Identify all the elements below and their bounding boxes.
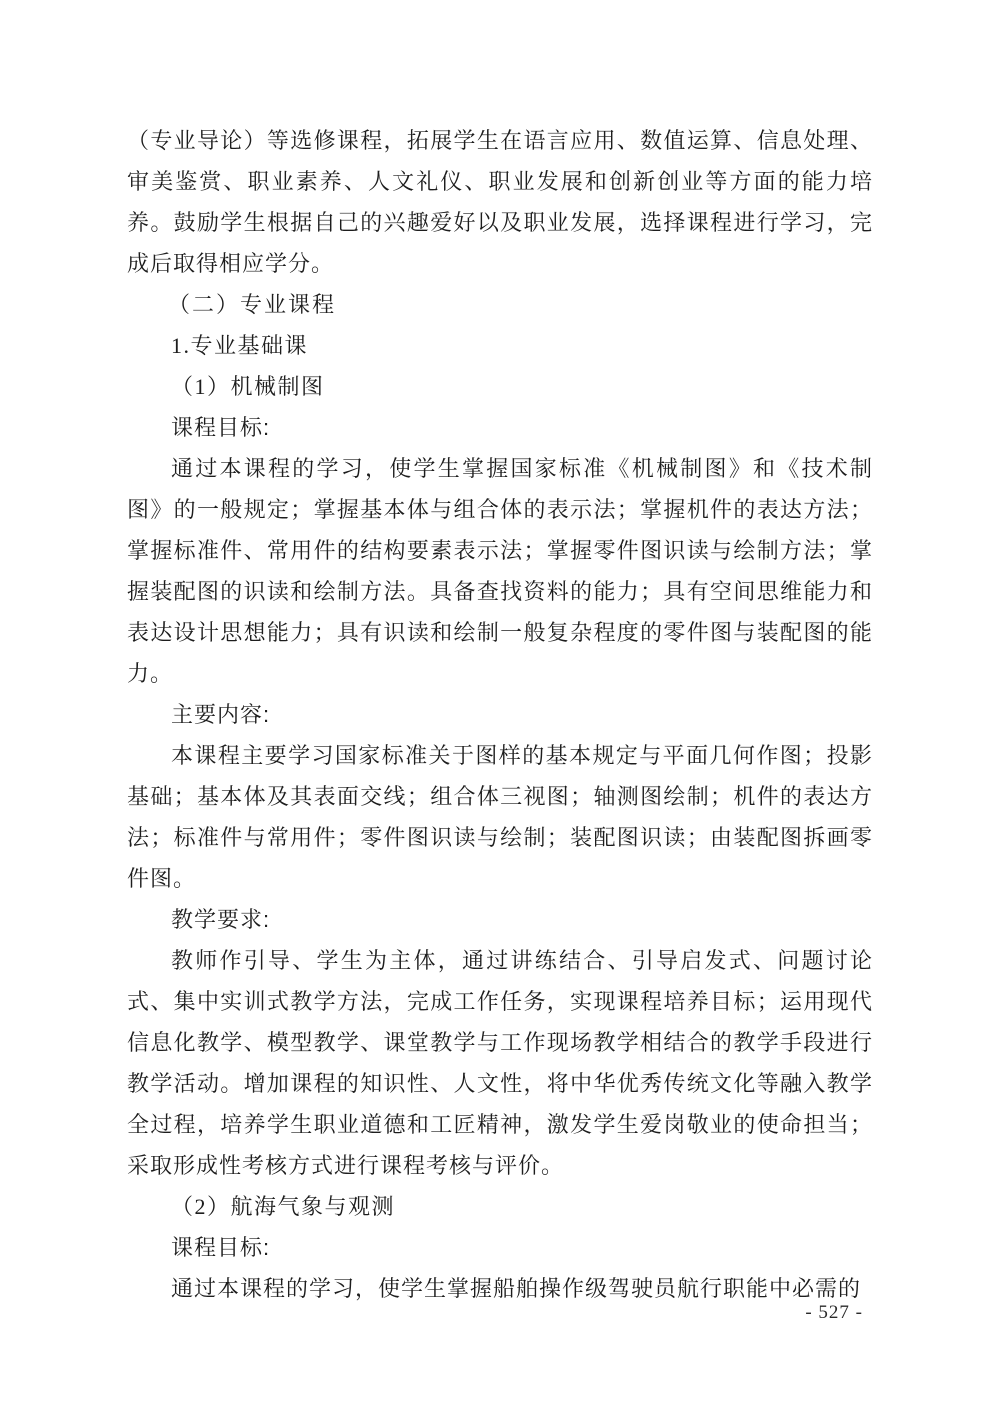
document-content: （专业导论）等选修课程，拓展学生在语言应用、数值运算、信息处理、审美鉴赏、职业素… xyxy=(127,120,873,1309)
document-page: （专业导论）等选修课程，拓展学生在语言应用、数值运算、信息处理、审美鉴赏、职业素… xyxy=(0,0,1000,1414)
subheading-mechanical-drawing: （1）机械制图 xyxy=(127,366,873,407)
paragraph-course-objectives-1: 通过本课程的学习，使学生掌握国家标准《机械制图》和《技术制图》的一般规定；掌握基… xyxy=(127,448,873,694)
paragraph-teaching-requirements: 教师作引导、学生为主体，通过讲练结合、引导启发式、问题讨论式、集中实训式教学方法… xyxy=(127,940,873,1186)
section-heading-professional-courses: （二）专业课程 xyxy=(127,284,873,325)
label-course-objectives-2: 课程目标: xyxy=(127,1227,873,1268)
page-footer: - 527 - xyxy=(805,1302,863,1324)
paragraph-course-objectives-2: 通过本课程的学习，使学生掌握船舶操作级驾驶员航行职能中必需的 xyxy=(127,1268,873,1309)
label-teaching-requirements: 教学要求: xyxy=(127,899,873,940)
label-course-objectives-1: 课程目标: xyxy=(127,407,873,448)
paragraph-main-content: 本课程主要学习国家标准关于图样的基本规定与平面几何作图；投影基础；基本体及其表面… xyxy=(127,735,873,899)
subheading-marine-meteorology-observation: （2）航海气象与观测 xyxy=(127,1186,873,1227)
label-main-content: 主要内容: xyxy=(127,694,873,735)
paragraph-electives-continuation: （专业导论）等选修课程，拓展学生在语言应用、数值运算、信息处理、审美鉴赏、职业素… xyxy=(127,120,873,284)
page-number: - 527 - xyxy=(805,1302,863,1323)
subheading-professional-basic-courses: 1.专业基础课 xyxy=(127,325,873,366)
